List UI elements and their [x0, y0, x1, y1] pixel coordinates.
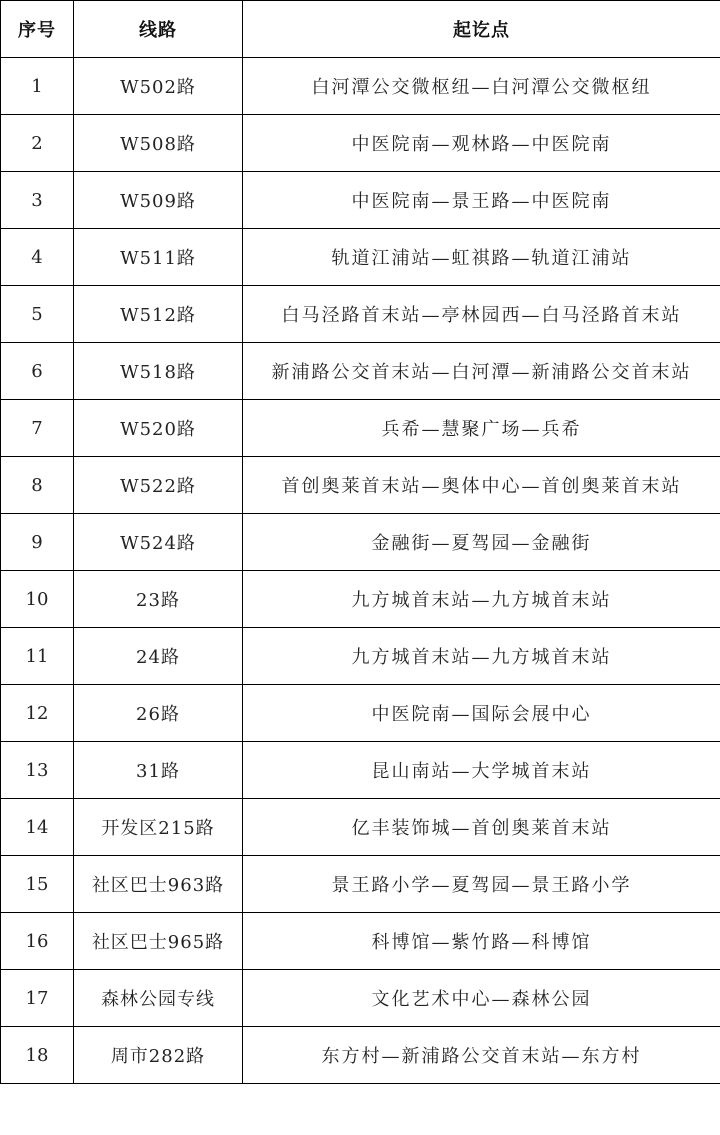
- endpoints-cell: 中医院南—观林路—中医院南: [243, 115, 720, 172]
- table-row: 9W524路金融街—夏驾园—金融街: [1, 514, 720, 571]
- endpoints-cell: 亿丰装饰城—首创奥莱首末站: [243, 799, 720, 856]
- table-header-row: 序号 线路 起讫点: [1, 1, 720, 58]
- endpoints-cell: 九方城首末站—九方城首末站: [243, 571, 720, 628]
- header-route: 线路: [74, 1, 243, 58]
- endpoints-cell: 景王路小学—夏驾园—景王路小学: [243, 856, 720, 913]
- route-cell: 社区巴士965路: [74, 913, 243, 970]
- serial-number-cell: 17: [1, 970, 74, 1027]
- endpoints-cell: 中医院南—国际会展中心: [243, 685, 720, 742]
- endpoints-cell: 兵希—慧聚广场—兵希: [243, 400, 720, 457]
- table-row: 1124路九方城首末站—九方城首末站: [1, 628, 720, 685]
- endpoints-cell: 文化艺术中心—森林公园: [243, 970, 720, 1027]
- header-serial-number: 序号: [1, 1, 74, 58]
- serial-number-cell: 4: [1, 229, 74, 286]
- serial-number-cell: 18: [1, 1027, 74, 1084]
- endpoints-cell: 首创奥莱首末站—奥体中心—首创奥莱首末站: [243, 457, 720, 514]
- route-cell: 24路: [74, 628, 243, 685]
- endpoints-cell: 白马泾路首末站—亭林园西—白马泾路首末站: [243, 286, 720, 343]
- serial-number-cell: 11: [1, 628, 74, 685]
- serial-number-cell: 7: [1, 400, 74, 457]
- table-row: 8W522路首创奥莱首末站—奥体中心—首创奥莱首末站: [1, 457, 720, 514]
- serial-number-cell: 3: [1, 172, 74, 229]
- endpoints-cell: 轨道江浦站—虹祺路—轨道江浦站: [243, 229, 720, 286]
- table-row: 16社区巴士965路科博馆—紫竹路—科博馆: [1, 913, 720, 970]
- route-cell: W520路: [74, 400, 243, 457]
- endpoints-cell: 昆山南站—大学城首末站: [243, 742, 720, 799]
- table-row: 1331路昆山南站—大学城首末站: [1, 742, 720, 799]
- route-cell: 森林公园专线: [74, 970, 243, 1027]
- serial-number-cell: 8: [1, 457, 74, 514]
- endpoints-cell: 九方城首末站—九方城首末站: [243, 628, 720, 685]
- serial-number-cell: 6: [1, 343, 74, 400]
- route-cell: W518路: [74, 343, 243, 400]
- endpoints-cell: 东方村—新浦路公交首末站—东方村: [243, 1027, 720, 1084]
- endpoints-cell: 中医院南—景王路—中医院南: [243, 172, 720, 229]
- table-row: 17森林公园专线文化艺术中心—森林公园: [1, 970, 720, 1027]
- serial-number-cell: 15: [1, 856, 74, 913]
- table-row: 2W508路中医院南—观林路—中医院南: [1, 115, 720, 172]
- route-cell: W508路: [74, 115, 243, 172]
- table-row: 15社区巴士963路景王路小学—夏驾园—景王路小学: [1, 856, 720, 913]
- serial-number-cell: 14: [1, 799, 74, 856]
- table-body: 1W502路白河潭公交微枢纽—白河潭公交微枢纽2W508路中医院南—观林路—中医…: [1, 58, 720, 1084]
- route-cell: W524路: [74, 514, 243, 571]
- route-cell: W509路: [74, 172, 243, 229]
- serial-number-cell: 16: [1, 913, 74, 970]
- route-cell: 23路: [74, 571, 243, 628]
- route-cell: 开发区215路: [74, 799, 243, 856]
- endpoints-cell: 白河潭公交微枢纽—白河潭公交微枢纽: [243, 58, 720, 115]
- serial-number-cell: 9: [1, 514, 74, 571]
- table-row: 6W518路新浦路公交首末站—白河潭—新浦路公交首末站: [1, 343, 720, 400]
- serial-number-cell: 13: [1, 742, 74, 799]
- endpoints-cell: 金融街—夏驾园—金融街: [243, 514, 720, 571]
- route-cell: W502路: [74, 58, 243, 115]
- table-row: 1226路中医院南—国际会展中心: [1, 685, 720, 742]
- header-endpoints: 起讫点: [243, 1, 720, 58]
- endpoints-cell: 新浦路公交首末站—白河潭—新浦路公交首末站: [243, 343, 720, 400]
- route-cell: W511路: [74, 229, 243, 286]
- table-row: 3W509路中医院南—景王路—中医院南: [1, 172, 720, 229]
- serial-number-cell: 12: [1, 685, 74, 742]
- route-cell: 周市282路: [74, 1027, 243, 1084]
- table-row: 14开发区215路亿丰装饰城—首创奥莱首末站: [1, 799, 720, 856]
- route-cell: 26路: [74, 685, 243, 742]
- table-row: 5W512路白马泾路首末站—亭林园西—白马泾路首末站: [1, 286, 720, 343]
- route-cell: W512路: [74, 286, 243, 343]
- serial-number-cell: 10: [1, 571, 74, 628]
- table-row: 1023路九方城首末站—九方城首末站: [1, 571, 720, 628]
- route-cell: 社区巴士963路: [74, 856, 243, 913]
- table-row: 1W502路白河潭公交微枢纽—白河潭公交微枢纽: [1, 58, 720, 115]
- serial-number-cell: 1: [1, 58, 74, 115]
- table-row: 18周市282路东方村—新浦路公交首末站—东方村: [1, 1027, 720, 1084]
- endpoints-cell: 科博馆—紫竹路—科博馆: [243, 913, 720, 970]
- table-row: 4W511路轨道江浦站—虹祺路—轨道江浦站: [1, 229, 720, 286]
- route-cell: W522路: [74, 457, 243, 514]
- serial-number-cell: 2: [1, 115, 74, 172]
- bus-routes-table: 序号 线路 起讫点 1W502路白河潭公交微枢纽—白河潭公交微枢纽2W508路中…: [0, 0, 720, 1084]
- serial-number-cell: 5: [1, 286, 74, 343]
- table-row: 7W520路兵希—慧聚广场—兵希: [1, 400, 720, 457]
- route-cell: 31路: [74, 742, 243, 799]
